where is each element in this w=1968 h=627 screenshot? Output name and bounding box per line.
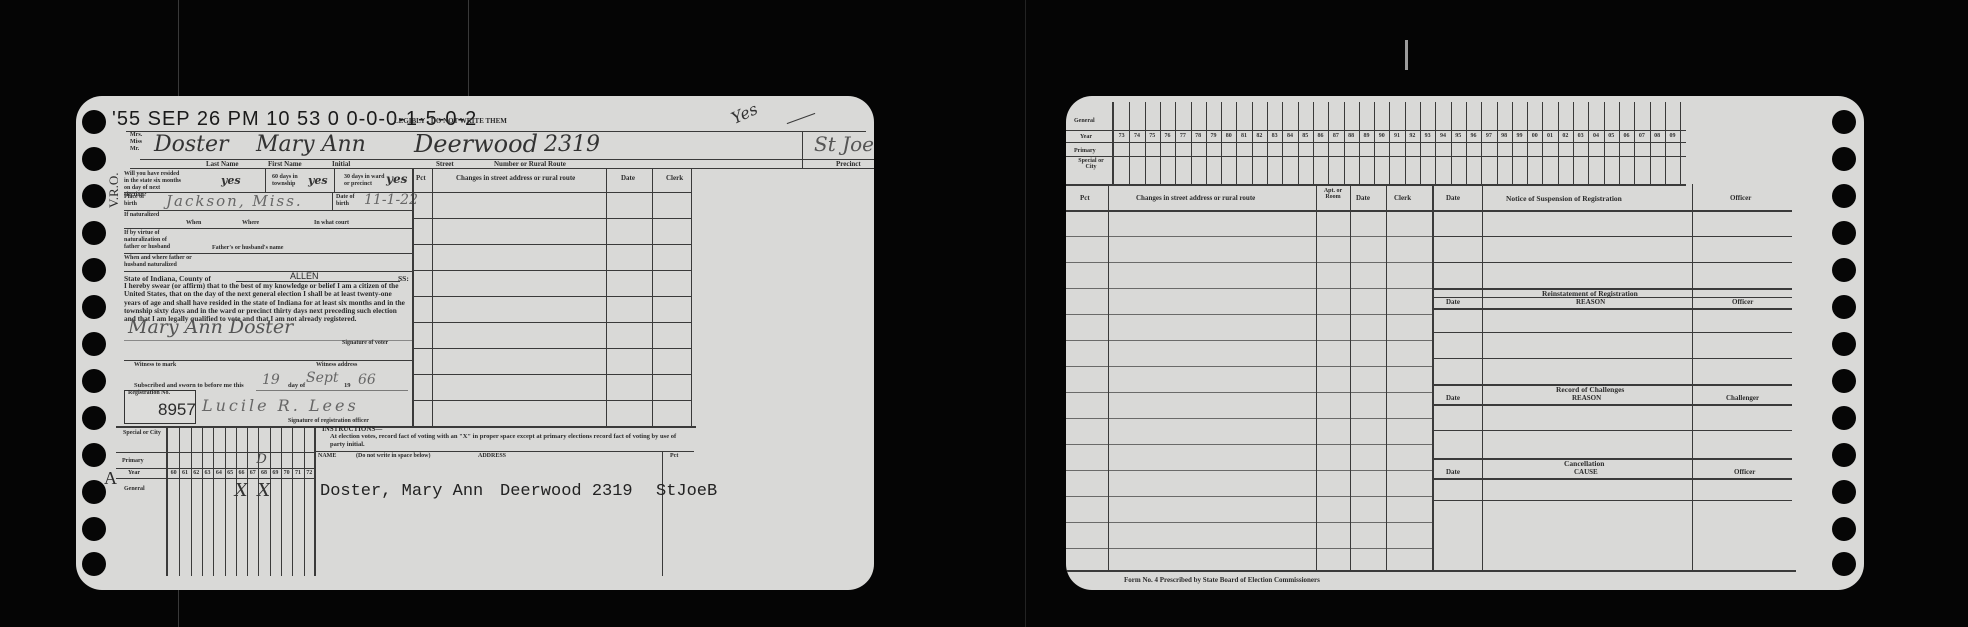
punch-hole: [82, 147, 106, 171]
grid-line: [1129, 102, 1130, 184]
grid-line: [1267, 102, 1268, 184]
grid-line: [1221, 102, 1222, 184]
divider: [124, 253, 412, 254]
punch-hole: [1832, 443, 1856, 467]
punch-hole: [1832, 480, 1856, 504]
divider: [412, 296, 692, 297]
grid-year: 84: [1282, 133, 1297, 139]
clerk-header: Clerk: [1394, 194, 1411, 202]
grid-line: [304, 426, 305, 576]
divider: [412, 374, 692, 375]
cancellation-title: Cancellation: [1564, 459, 1604, 468]
instruction-header: LEGIBLY - DO NOT WRITE THEM: [394, 117, 507, 125]
grid-line: [202, 426, 203, 576]
number-value: 2319: [544, 132, 600, 157]
divider: [130, 168, 874, 169]
grid-year: 76: [1160, 133, 1175, 139]
punch-hole: [1832, 406, 1856, 430]
general-vote-mark: X: [235, 480, 248, 501]
ward-answer: yes: [386, 172, 407, 186]
address-change-header: Changes in street address or rural route: [1136, 194, 1255, 202]
divider: [166, 426, 168, 576]
grid-line: [236, 426, 237, 576]
divider: [124, 210, 412, 211]
date-header: Date: [621, 174, 635, 182]
underline: [256, 390, 408, 391]
registration-number: 8957: [158, 400, 196, 420]
grid-year: 88: [1344, 133, 1359, 139]
grid-label-special: Special or City: [1076, 158, 1106, 170]
grid-line: [1175, 102, 1176, 184]
grid-year: 96: [1466, 133, 1481, 139]
divider: [412, 348, 692, 349]
grid-year: 80: [1221, 133, 1236, 139]
grid-line: [1466, 102, 1467, 184]
date-header: Date: [1356, 194, 1370, 202]
instructions-title: INSTRUCTIONS—: [322, 425, 382, 433]
divider: [1482, 184, 1483, 570]
where-label: Where: [242, 220, 259, 226]
row-line: [1066, 288, 1432, 289]
grid-year: 68: [258, 470, 269, 476]
suspension-officer-header: Officer: [1730, 194, 1751, 202]
pct-footer-label: Pct: [670, 453, 678, 459]
punch-hole: [1832, 184, 1856, 208]
check-mark: [787, 113, 816, 124]
grid-line: [1313, 102, 1314, 184]
clerk-header: Clerk: [666, 174, 683, 182]
divider: [412, 322, 692, 323]
grid-year: 87: [1328, 133, 1343, 139]
punch-hole: [82, 110, 106, 134]
date-of-birth-label: Date of birth: [336, 194, 360, 208]
handwritten-note: Yes: [728, 99, 760, 128]
grid-year: 71: [292, 470, 303, 476]
punch-hole: [82, 369, 106, 393]
row-line: [1066, 314, 1432, 315]
divider: [1432, 430, 1792, 431]
grid-year: 81: [1236, 133, 1251, 139]
grid-year: 65: [225, 470, 236, 476]
father-when-label: When and where father or husband natural…: [124, 255, 194, 269]
grid-line: [1527, 102, 1528, 184]
grid-line: [1512, 102, 1513, 184]
street-value: Deerwood: [414, 130, 538, 158]
divider: [1066, 210, 1432, 212]
grid-year: 66: [236, 470, 247, 476]
divider: [1066, 570, 1796, 572]
grid-line: [1680, 102, 1681, 184]
divider: [1432, 308, 1792, 310]
voter-signature: Mary Ann Doster: [128, 316, 293, 338]
row-line: [1066, 236, 1432, 237]
grid-year: 01: [1542, 133, 1557, 139]
salutation: Mrs. Miss Mr.: [130, 132, 144, 153]
grid-line: [1573, 102, 1574, 184]
punch-hole: [82, 406, 106, 430]
grid-year: 79: [1206, 133, 1221, 139]
grid-line: [1145, 102, 1146, 184]
grid-year: 92: [1405, 133, 1420, 139]
punch-hole: [1832, 332, 1856, 356]
grid-year: 09: [1665, 133, 1680, 139]
grid-line: [1389, 102, 1390, 184]
grid-line: [1650, 102, 1651, 184]
divider: [1432, 478, 1792, 480]
grid-label-primary: Primary: [122, 458, 144, 464]
first-name-label: First Name: [268, 160, 302, 168]
precinct-label: Precinct: [836, 160, 861, 168]
punch-hole: [82, 480, 106, 504]
cancellation-date-header: Date: [1446, 468, 1460, 476]
grid-line: [1252, 102, 1253, 184]
grid-line: [292, 426, 293, 576]
divider: [116, 468, 316, 469]
grid-line: [1497, 102, 1498, 184]
divider: [1066, 184, 1686, 186]
grid-line: [1344, 102, 1345, 184]
apt-header: Apt. or Room: [1318, 188, 1348, 200]
punch-hole: [82, 332, 106, 356]
divider: [1432, 358, 1792, 359]
place-of-birth-value: Jackson, Miss.: [166, 192, 303, 210]
grid-year: 95: [1451, 133, 1466, 139]
punch-hole: [82, 184, 106, 208]
divider: [124, 360, 412, 361]
subscribed-year: 66: [358, 372, 376, 388]
grid-year: 05: [1604, 133, 1619, 139]
form-footer: Form No. 4 Prescribed by State Board of …: [1124, 576, 1320, 584]
challenges-title: Record of Challenges: [1556, 385, 1624, 394]
grid-line: [1206, 102, 1207, 184]
punch-hole: [82, 443, 106, 467]
divider: [412, 244, 692, 245]
divider: [124, 228, 412, 229]
divider: [412, 270, 692, 271]
grid-line: [1405, 102, 1406, 184]
divider: [116, 452, 316, 453]
grid-year: 06: [1619, 133, 1634, 139]
county-value: ALLEN: [290, 271, 319, 281]
grid-line: [1634, 102, 1635, 184]
grid-year: 04: [1588, 133, 1603, 139]
grid-line: [1374, 102, 1375, 184]
first-name-value: Mary Ann: [256, 132, 366, 157]
divider: [1692, 184, 1693, 570]
row-line: [1066, 470, 1432, 471]
grid-line: [225, 426, 226, 576]
typed-address: Deerwood 2319: [500, 482, 633, 501]
grid-line: [1420, 102, 1421, 184]
grid-year: 70: [281, 470, 292, 476]
punch-hole: [82, 295, 106, 319]
grid-line: [191, 426, 192, 576]
divider: [314, 426, 315, 576]
grid-line: [1191, 102, 1192, 184]
township-answer: yes: [308, 174, 328, 187]
grid-year: 61: [179, 470, 190, 476]
typed-name: Doster, Mary Ann: [320, 482, 483, 501]
officer-signature-label: Signature of registration officer: [288, 418, 369, 424]
row-line: [1066, 340, 1432, 341]
initial-label: Initial: [332, 160, 350, 168]
address-footer-label: ADDRESS: [478, 453, 506, 459]
court-label: In what court: [314, 220, 349, 226]
grid-year: 77: [1175, 133, 1190, 139]
divider: [1432, 404, 1792, 406]
divider: [662, 451, 663, 576]
grid-year: 63: [202, 470, 213, 476]
row-line: [1066, 418, 1432, 419]
divider: [265, 168, 266, 192]
grid-year: 86: [1313, 133, 1328, 139]
divider: [1432, 184, 1434, 570]
divider: [1316, 184, 1317, 570]
divider: [432, 168, 433, 426]
divider: [1432, 500, 1792, 501]
row-line: [1066, 262, 1432, 263]
grid-line: [1481, 102, 1482, 184]
naturalized-label: If naturalized: [124, 212, 164, 219]
registration-no-label: Registration No.: [128, 390, 170, 396]
year-prefix: 19: [344, 382, 351, 389]
reinstatement-date-header: Date: [1446, 298, 1460, 306]
grid-line: [1604, 102, 1605, 184]
grid-line: [1542, 102, 1543, 184]
grid-label-year: Year: [1080, 134, 1092, 140]
row-line: [1066, 496, 1432, 497]
grid-line: [213, 426, 214, 576]
divider: [412, 192, 692, 193]
day-of-label: day of: [288, 382, 305, 389]
punch-hole: [1832, 369, 1856, 393]
divider: [412, 218, 692, 219]
grid-year: 03: [1573, 133, 1588, 139]
last-name-label: Last Name: [206, 160, 238, 168]
grid-line: [258, 426, 259, 576]
divider: [1432, 458, 1792, 460]
officer-signature: Lucile R. Lees: [202, 396, 359, 415]
grid-year: 85: [1298, 133, 1313, 139]
grid-line: [1451, 102, 1452, 184]
row-line: [1066, 522, 1432, 523]
place-of-birth-label: Place of birth: [124, 194, 148, 208]
row-line: [1066, 366, 1432, 367]
punch-hole: [1832, 221, 1856, 245]
divider: [652, 168, 653, 426]
grid-year: 93: [1420, 133, 1435, 139]
witness-mark-label: Witness to mark: [134, 362, 176, 368]
registration-card-back: General Year Primary Special or City 737…: [1066, 96, 1864, 590]
divider: [802, 132, 803, 168]
grid-line: [1328, 102, 1329, 184]
cancellation-cause-header: CAUSE: [1574, 468, 1598, 476]
divider: [1112, 102, 1114, 184]
punch-hole: [82, 221, 106, 245]
grid-line: [1298, 102, 1299, 184]
divider: [1108, 184, 1109, 570]
grid-line: [1160, 102, 1161, 184]
grid-line: [315, 426, 316, 576]
grid-label-general: General: [1074, 118, 1095, 124]
divider: [314, 451, 694, 452]
grid-year: 08: [1650, 133, 1665, 139]
grid-line: [1282, 102, 1283, 184]
father-naturalization-label: If by virtue of naturalization of father…: [124, 230, 174, 251]
grid-line: [1665, 102, 1666, 184]
ward-question: 30 days in ward or precinct: [344, 174, 388, 188]
grid-year: 62: [191, 470, 202, 476]
grid-year: 74: [1129, 133, 1144, 139]
registration-card-front: '55 SEP 26 PM 10 53 0 0-0-0-1-5-0-2 LEGI…: [76, 96, 874, 590]
divider: [1386, 184, 1387, 570]
father-name-label: Father's or husband's name: [212, 245, 283, 251]
grid-line: [1619, 102, 1620, 184]
no-write-note: (Do not write in space below): [356, 453, 431, 459]
grid-year: 94: [1435, 133, 1450, 139]
grid-year: 91: [1389, 133, 1404, 139]
punch-hole: [1832, 258, 1856, 282]
general-vote-mark: X: [257, 480, 270, 501]
divider: [124, 271, 412, 272]
grid-line: [1558, 102, 1559, 184]
last-name-value: Doster: [154, 132, 229, 157]
pct-header: Pct: [1080, 194, 1090, 202]
number-label: Number or Rural Route: [494, 160, 566, 168]
signature-label: Signature of voter: [342, 340, 388, 346]
reinstatement-officer-header: Officer: [1732, 298, 1753, 306]
grid-year: 99: [1512, 133, 1527, 139]
grid-line: [247, 426, 248, 576]
address-change-header: Changes in street address or rural route: [456, 174, 575, 182]
cancellation-officer-header: Officer: [1734, 468, 1755, 476]
grid-year: 97: [1481, 133, 1496, 139]
grid-line: [179, 426, 180, 576]
challenger-header: Challenger: [1726, 394, 1759, 402]
pct-header: Pct: [416, 174, 426, 182]
divider: [116, 478, 316, 479]
punch-hole: [82, 258, 106, 282]
challenges-reason-header: REASON: [1572, 394, 1601, 402]
subscribed-label: Subscribed and sworn to before me this: [134, 382, 244, 389]
grid-year: 90: [1374, 133, 1389, 139]
divider: [332, 192, 333, 210]
subscribed-month: Sept: [306, 370, 338, 386]
punch-hole: [82, 517, 106, 541]
grid-year: 83: [1267, 133, 1282, 139]
divider: [334, 168, 335, 192]
divider: [1432, 236, 1792, 237]
date-of-birth-value: 11-1-22: [364, 192, 418, 208]
grid-label-general: General: [124, 486, 145, 492]
row-line: [1066, 392, 1432, 393]
primary-vote-mark: D: [256, 452, 266, 467]
suspension-title: Notice of Suspension of Registration: [1506, 194, 1622, 203]
punch-hole: [1832, 147, 1856, 171]
grid-year: 69: [270, 470, 281, 476]
name-footer-label: NAME: [318, 453, 336, 459]
grid-line: [1359, 102, 1360, 184]
divider: [1432, 210, 1792, 212]
divider: [1350, 184, 1351, 570]
grid-year: 73: [1114, 133, 1129, 139]
grid-label-special: Special or City: [122, 430, 162, 437]
reinstatement-reason-header: REASON: [1576, 298, 1605, 306]
punch-hole: [1832, 552, 1856, 576]
row-line: [1066, 548, 1432, 549]
witness-address-label: Witness address: [316, 362, 357, 368]
typed-precinct: StJoeB: [656, 482, 717, 501]
grid-year: 07: [1634, 133, 1649, 139]
grid-year: 82: [1252, 133, 1267, 139]
grid-year: 78: [1191, 133, 1206, 139]
grid-year: 00: [1527, 133, 1542, 139]
punch-hole: [1832, 295, 1856, 319]
grid-label-year: Year: [128, 470, 140, 476]
grid-year: 67: [247, 470, 258, 476]
challenges-date-header: Date: [1446, 394, 1460, 402]
grid-line: [1236, 102, 1237, 184]
grid-year: 02: [1558, 133, 1573, 139]
divider: [116, 426, 696, 428]
divider: [606, 168, 607, 426]
resided-answer: yes: [221, 174, 241, 187]
punch-hole: [1832, 517, 1856, 541]
punch-hole: [82, 552, 106, 576]
divider: [1432, 262, 1792, 263]
subscribed-day: 19: [262, 372, 280, 388]
suspension-date-header: Date: [1446, 194, 1460, 202]
vro-label: V.R.O.: [106, 172, 122, 208]
grid-label-primary: Primary: [1074, 148, 1096, 154]
when-label: When: [186, 220, 201, 226]
grid-line: [270, 426, 271, 576]
row-line: [1066, 444, 1432, 445]
grid-year: 98: [1497, 133, 1512, 139]
township-question: 60 days in township: [272, 174, 306, 188]
grid-year: 89: [1359, 133, 1374, 139]
divider: [412, 168, 414, 426]
grid-year: 60: [168, 470, 179, 476]
instructions-text: At election votes, record fact of voting…: [330, 433, 680, 448]
grid-line: [281, 426, 282, 576]
grid-year: 64: [213, 470, 224, 476]
punch-hole: [1832, 110, 1856, 134]
grid-line: [1588, 102, 1589, 184]
grid-line: [1435, 102, 1436, 184]
divider: [412, 400, 692, 401]
grid-year: 75: [1145, 133, 1160, 139]
divider: [691, 168, 692, 426]
street-label: Street: [436, 160, 454, 168]
divider: [1432, 332, 1792, 333]
precinct-value: St Joe 8: [814, 132, 874, 156]
